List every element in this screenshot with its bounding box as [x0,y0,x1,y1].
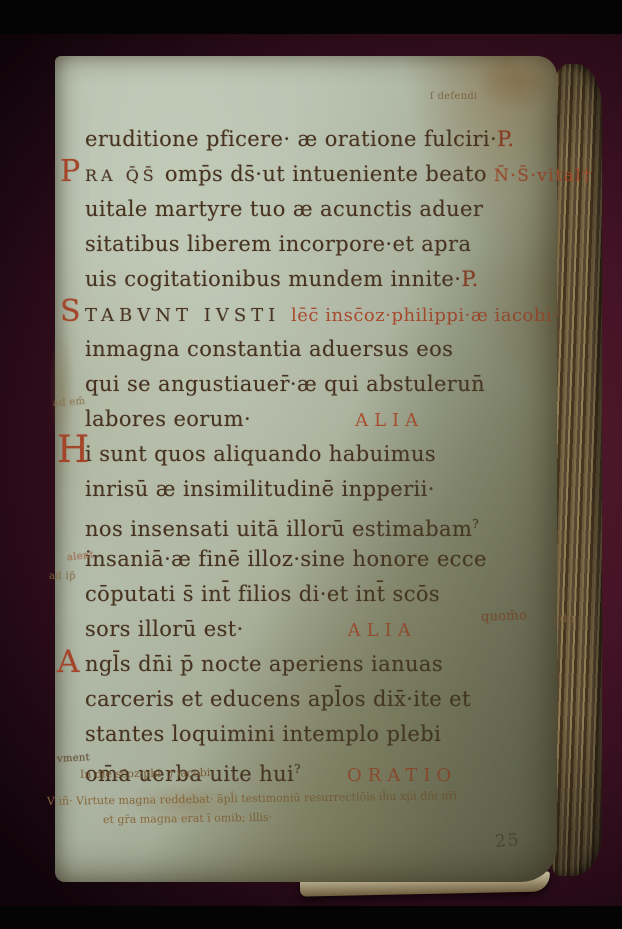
manuscript-line: eruditione pficere· æ oratione fulciri·P… [85,122,541,157]
manuscript-photo: ſ defendi eruditione pficere· æ oratione… [0,0,622,929]
manuscript-line: qui se angustiauer̄·æ qui abstulerun̄ [85,367,541,402]
body-text: sitatibus liberem incorpore·et apra [85,232,471,256]
body-text: ngl̄s dn̄i p̄ nocte aperiens ianuas [85,652,443,676]
manuscript-line: sitatibus liberem incorpore·et apra [85,227,541,262]
right-margin-note: ad i [553,614,575,624]
manuscript-line: carceris et educens apl̄os dix̄·ite et [85,682,541,717]
manuscript-line: cōputati s̄ int̄ filios di·et int̄ scōs [85,577,541,612]
body-text: ? [294,762,301,776]
body-text: uis cogitationibus mundem innite· [85,267,461,291]
body-text: TABVNT IVSTI [85,305,291,326]
body-text: carceris et educens apl̄os dix̄·ite et [85,687,471,711]
rubric-initial-p: P [60,158,81,186]
body-text: nos insensati uitā illorū estimabam [85,517,472,541]
body-text: inrisū æ insimilitudinē inpperii· [85,477,435,501]
manuscript-line: insaniā·æ finē illoz·sine honore ecce [85,542,541,577]
rubric-text: lēc̄ insc̄oz·philippi·æ iacobi· [291,305,558,326]
left-margin-note: vment [57,753,90,765]
manuscript-line: inmagna constantia aduersus eos [85,332,541,367]
body-text: sors illorū est· [85,617,244,641]
cursive-rubric-note: In die sc̄oz·phi· ⁊ iacobi· [80,767,214,781]
top-margin-note: ſ defendi [430,92,478,102]
body-text: insaniā·æ finē illoz·sine honore ecce [85,547,487,571]
left-margin-note: ad em̄ [53,397,86,409]
manuscript-line: Hi sunt quos aliquando habuimus [85,437,541,472]
body-text: qui se angustiauer̄·æ qui abstulerun̄ [85,372,485,396]
body-text: uitale martyre tuo æ acunctis aduer [85,197,483,221]
rubric-text: N̄·S̄·vital† [494,166,592,186]
body-text: ? [472,517,479,531]
manuscript-line: labores eorum·ALIA [85,402,541,437]
rubric-text: ALIA [348,620,417,641]
body-text: omp̄s ds̄·ut intueniente beato [158,162,494,186]
manuscript-line: PRA Q̄S̄ omp̄s ds̄·ut intueniente beato … [85,157,541,192]
manuscript-line: sors illorū est·ALIA [85,612,541,647]
manuscript-line: stantes loquimini intemplo plebi [85,717,541,752]
rubric-text: ALIA [355,410,424,431]
rubric-text: P. [497,127,514,151]
body-text: labores eorum· [85,407,251,431]
right-margin-note-quomodo: quom̄o [481,611,528,623]
manuscript-line: Angl̄s dn̄i p̄ nocte aperiens ianuas [85,647,541,682]
left-margin-note: ad ip̄ [49,572,76,582]
manuscript-line: nos insensati uitā illorū estimabam? [85,507,541,542]
body-text: stantes loquimini intemplo plebi [85,722,441,746]
cursive-added-line: et gr̄a magna erat ī omib; illis· [103,812,272,826]
rubric-initial-h: H [57,436,90,464]
manuscript-line: uitale martyre tuo æ acunctis aduer [85,192,541,227]
manuscript-line: STABVNT IVSTI lēc̄ insc̄oz·philippi·æ ia… [85,297,541,332]
body-text: cōputati s̄ int̄ filios di·et int̄ scōs [85,582,440,606]
rubric-initial-a: A [57,648,80,676]
rubric-initial-s: S [60,298,81,326]
rubric-text: P. [461,267,478,291]
body-text: RA Q̄S̄ [85,166,158,185]
cursive-added-line: V iñ· Virtute magna reddebat· āpl̄i test… [47,790,457,808]
text-column: eruditione pficere· æ oratione fulciri·P… [85,122,541,787]
body-text: eruditione pficere· æ oratione fulciri· [85,127,497,151]
body-text: i sunt quos aliquando habuimus [85,442,436,466]
manuscript-line: uis cogitationibus mundem innite·P. [85,262,541,297]
manuscript-line: inrisū æ insimilitudinē inpperii· [85,472,541,507]
folio-number: 25 [494,830,521,852]
rubric-text: ORATIO [347,765,457,786]
body-text: inmagna constantia aduersus eos [85,337,453,361]
parchment-stain [475,52,565,112]
parchment-page: ſ defendi eruditione pficere· æ oratione… [55,56,557,882]
